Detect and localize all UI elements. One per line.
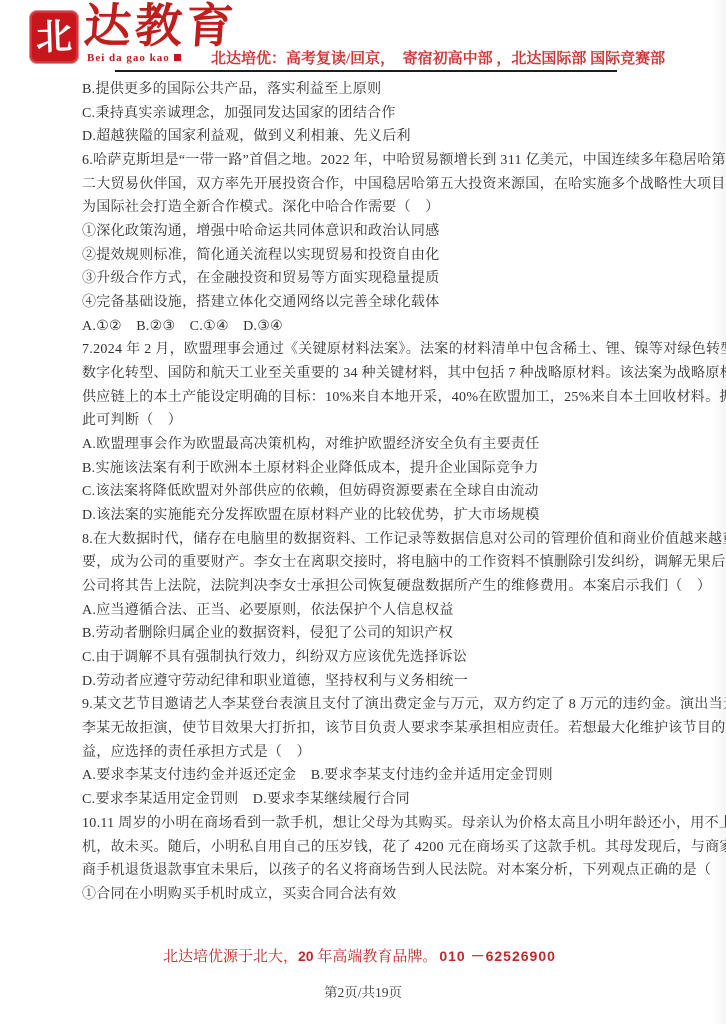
text-line: B.劳动者删除归属企业的数据资料，侵犯了公司的知识产权 <box>82 622 682 646</box>
brand-seal-logo-icon: 北 <box>30 11 78 63</box>
text-line: 8.在大数据时代，储存在电脑里的数据资料、工作记录等数据信息对公司的管理价值和商… <box>82 528 682 552</box>
text-line: ①合同在小明购买手机时成立，买卖合同合法有效 <box>82 883 682 907</box>
header-tagline: 北达培优：高考复读/回京， 寄宿初高中部 ，北达国际部 国际竞赛部 <box>211 49 681 69</box>
text-line: C.秉持真实亲诚理念，加强同发达国家的团结合作 <box>82 102 682 126</box>
brand-subtitle-text: Bei da gao kao <box>87 52 170 64</box>
text-line: 李某无故拒演，使节目效果大打折扣，该节目负责人要求李某承担相应责任。若想最大化维… <box>82 717 682 741</box>
brand-name: 达教育 <box>82 1 239 53</box>
text-line: 此可判断（ ） <box>82 409 682 433</box>
text-line: A.欧盟理事会作为欧盟最高决策机构，对维护欧盟经济安全负有主要责任 <box>82 433 682 457</box>
text-line: C.该法案将降低欧盟对外部供应的依赖，但妨碍资源要素在全球自由流动 <box>82 480 682 504</box>
text-line: 为国际社会打造全新合作模式。深化中哈合作需要（ ） <box>82 196 682 220</box>
text-line: 10.11 周岁的小明在商场看到一款手机，想让父母为其购买。母亲认为价格太高且小… <box>82 812 682 836</box>
text-line: 6.哈萨克斯坦是“一带一路”首倡之地。2022 年，中哈贸易额增长到 311 亿… <box>82 149 682 173</box>
header-divider <box>115 70 617 72</box>
text-line: ②提效规则标准，简化通关流程以实现贸易和投资自由化 <box>82 244 682 268</box>
footer-slogan-prefix: 北达培优源于北大， <box>163 949 298 965</box>
text-line: C.要求李某适用定金罚则 D.要求李某继续履行合同 <box>82 788 682 812</box>
text-line: C.由于调解不具有强制执行效力，纠纷双方应该优先选择诉讼 <box>82 646 682 670</box>
text-line: D.超越狭隘的国家利益观，做到义利相兼、先义后利 <box>82 125 682 149</box>
text-line: A.要求李某支付违约金并返还定金 B.要求李某支付违约金并适用定金罚则 <box>82 764 682 788</box>
footer-years-number: 20 <box>298 948 314 964</box>
text-line: A.应当遵循合法、正当、必要原则，依法保护个人信息权益 <box>82 599 682 623</box>
text-line: B.实施该法案有利于欧洲本土原材料企业降低成本，提升企业国际竞争力 <box>82 457 682 481</box>
red-square-icon <box>174 54 181 61</box>
footer-slogan-mid: 年高端教育品牌。 <box>314 949 438 965</box>
brand-subtitle: Bei da gao kao <box>87 52 181 64</box>
text-line: 9.某文艺节目邀请艺人李某登台表演且支付了演出费定金与万元，双方约定了 8 万元… <box>82 693 682 717</box>
text-line: D.劳动者应遵守劳动纪律和职业道德，坚持权利与义务相统一 <box>82 670 682 694</box>
text-line: ③升级合作方式，在金融投资和贸易等方面实现稳量提质 <box>82 267 682 291</box>
footer-phone-number: 010 －62526900 <box>439 948 556 964</box>
text-line: 商手机退货退款事宜未果后，以孩子的名义将商场告到人民法院。对本案分析，下列观点正… <box>82 859 682 883</box>
seal-character: 北 <box>35 18 72 55</box>
text-line: 益，应选择的责任承担方式是（ ） <box>82 741 682 765</box>
document-body: B.提供更多的国际公共产品，落实利益至上原则C.秉持真实亲诚理念，加强同发达国家… <box>82 78 682 907</box>
text-line: 机，故未买。随后，小明私自用自己的压岁钱，花了 4200 元在商场买了这款手机。… <box>82 836 682 860</box>
document-page: 北 达教育 Bei da gao kao 北达培优：高考复读/回京， 寄宿初高中… <box>0 0 726 1024</box>
text-line: 公司将其告上法院，法院判决李女士承担公司恢复硬盘数据所产生的维修费用。本案启示我… <box>82 575 682 599</box>
text-line: A.①② B.②③ C.①④ D.③④ <box>82 315 682 339</box>
footer-slogan: 北达培优源于北大，20 年高端教育品牌。010 －62526900 <box>163 946 556 967</box>
text-line: B.提供更多的国际公共产品，落实利益至上原则 <box>82 78 682 102</box>
text-line: ④完备基础设施，搭建立体化交通网络以完善全球化载体 <box>82 291 682 315</box>
text-line: 7.2024 年 2 月，欧盟理事会通过《关键原材料法案》。法案的材料清单中包含… <box>82 338 682 362</box>
text-line: 供应链上的本土产能设定明确的目标：10%来自本地开采，40%在欧盟加工，25%来… <box>82 386 682 410</box>
text-line: 要，成为公司的重要财产。李女士在离职交接时，将电脑中的工作资料不慎删除引发纠纷，… <box>82 551 682 575</box>
text-line: 二大贸易伙伴国，双方率先开展投资合作，中国稳居哈第五大投资来源国，在哈实施多个战… <box>82 173 682 197</box>
text-line: ①深化政策沟通，增强中哈命运共同体意识和政治认同感 <box>82 220 682 244</box>
text-line: 数字化转型、国防和航天工业至关重要的 34 种关键材料，其中包括 7 种战略原材… <box>82 362 682 386</box>
page-number: 第2页/共19页 <box>0 981 726 1001</box>
text-line: D.该法案的实施能充分发挥欧盟在原材料产业的比较优势，扩大市场规模 <box>82 504 682 528</box>
